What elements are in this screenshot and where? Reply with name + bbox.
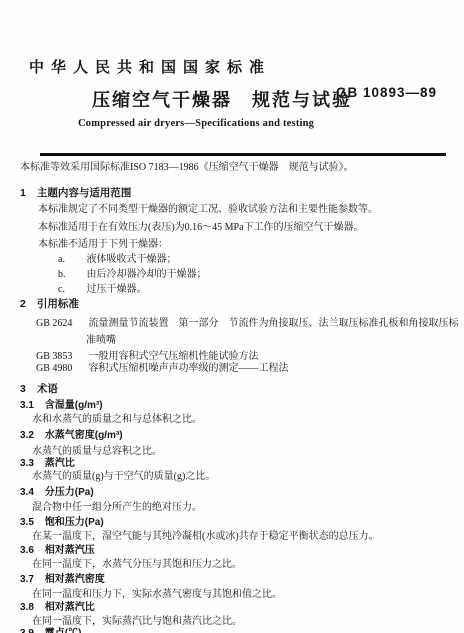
section-1-number: 1: [20, 187, 34, 199]
referenced-standard-continuation: 准喷嘴: [20, 335, 448, 347]
term-name: 相对蒸汽密度: [45, 574, 105, 585]
term-number: 3.9: [20, 628, 42, 633]
term-name: 露点(℃): [45, 628, 82, 633]
term-number: 3.6: [20, 545, 42, 557]
term-number: 3.4: [20, 487, 42, 499]
term-definition: 在某一温度下，湿空气能与其纯冷凝相(水或冰)共存于稳定平衡状态的总压力。: [20, 531, 448, 543]
list-item-text: 过压干燥器。: [87, 284, 147, 295]
standard-document-page: 中华人民共和国国家标准 压缩空气干燥器 规范与试验 GB 10893—89 Co…: [0, 0, 464, 633]
section-3-title: 术语: [37, 383, 58, 395]
referenced-standard-title: 流量测量节流装置 第一部分 节流件为角接取压、法兰取压标准孔板和角接取压标: [89, 318, 459, 329]
section-2-heading: 2 引用标准: [20, 298, 448, 310]
section-2-number: 2: [20, 298, 34, 310]
term-definition: 在同一温度和压力下，实际水蒸气密度与其饱和值之比。: [20, 589, 448, 601]
section-1-title: 主题内容与适用范围: [37, 187, 132, 199]
section-2-title: 引用标准: [37, 298, 79, 310]
term-name: 分压力(Pa): [45, 487, 94, 498]
term-heading: 3.5 饱和压力(Pa): [20, 517, 448, 529]
section-1-paragraph: 本标准适用于在有效压力(表压)为0.16～45 MPa下工作的压缩空气干燥器。: [20, 222, 448, 234]
intro-paragraph: 本标准等效采用国际标准ISO 7183—1986《压缩空气干燥器 规范与试验》。: [20, 162, 448, 174]
term-definition: 水蒸气的质量(g)与干空气的质量(g)之比。: [20, 471, 448, 483]
term-number: 3.7: [20, 574, 42, 586]
document-body: 本标准等效采用国际标准ISO 7183—1986《压缩空气干燥器 规范与试验》。…: [20, 156, 448, 633]
referenced-standard-code: GB 2624: [20, 318, 86, 330]
standard-number: GB 10893—89: [336, 85, 437, 100]
term-definition: 在同一温度下，实际蒸汽比与饱和蒸汽比之比。: [20, 616, 448, 628]
page-title: 压缩空气干燥器 规范与试验: [92, 86, 352, 112]
term-number: 3.8: [20, 602, 42, 614]
term-number: 3.5: [20, 517, 42, 529]
referenced-standard: GB 2624 流量测量节流装置 第一部分 节流件为角接取压、法兰取压标准孔板和…: [20, 318, 448, 330]
referenced-standard-code: GB 3853: [20, 351, 86, 363]
section-1-paragraph: 本标准不适用于下列干燥器：: [20, 239, 448, 251]
term-number: 3.1: [20, 400, 42, 412]
referenced-standard-title: 容积式压缩机噪声声功率级的测定——工程法: [89, 363, 289, 374]
term-definition: 水和水蒸气的质量之和与总体积之比。: [20, 414, 448, 426]
list-item-text: 液体吸收式干燥器；: [87, 254, 177, 265]
list-item: b. 由后冷却器冷却的干燥器；: [20, 269, 448, 281]
term-heading: 3.2 水蒸气密度(g/m³): [20, 430, 448, 442]
list-item: c. 过压干燥器。: [20, 284, 448, 296]
term-heading: 3.4 分压力(Pa): [20, 487, 448, 499]
term-name: 相对蒸汽比: [45, 602, 95, 613]
term-heading: 3.8 相对蒸汽比: [20, 602, 448, 614]
list-item-marker: b.: [58, 269, 84, 281]
section-1-paragraph: 本标准规定了不同类型干燥器的额定工况、验收试验方法和主要性能参数等。: [20, 204, 448, 216]
term-number: 3.3: [20, 458, 42, 470]
term-name: 相对蒸汽压: [45, 545, 95, 556]
term-heading: 3.3 蒸汽比: [20, 458, 448, 470]
list-item-text: 由后冷却器冷却的干燥器；: [87, 269, 207, 280]
term-heading: 3.9 露点(℃): [20, 628, 448, 633]
term-definition: 水蒸气的质量与总容积之比。: [20, 446, 448, 458]
section-3-number: 3: [20, 383, 34, 395]
term-name: 蒸汽比: [45, 458, 75, 469]
list-item-marker: a.: [58, 254, 84, 266]
term-heading: 3.1 含湿量(g/m³): [20, 400, 448, 412]
referenced-standard-code: GB 4980: [20, 363, 86, 375]
list-item: a. 液体吸收式干燥器；: [20, 254, 448, 266]
referenced-standard: GB 3853 一般用容积式空气压缩机性能试验方法: [20, 351, 448, 363]
section-3-heading: 3 术语: [20, 383, 448, 395]
national-standard-header: 中华人民共和国国家标准: [0, 56, 300, 77]
list-item-marker: c.: [58, 284, 84, 296]
term-definition: 混合物中任一组分所产生的绝对压力。: [20, 502, 448, 514]
term-name: 水蒸气密度(g/m³): [45, 430, 123, 441]
referenced-standard-title: 一般用容积式空气压缩机性能试验方法: [89, 351, 259, 362]
referenced-standard: GB 4980 容积式压缩机噪声声功率级的测定——工程法: [20, 363, 448, 375]
page-title-english: Compressed air dryers—Specifications and…: [78, 118, 314, 129]
term-definition: 在同一温度下，水蒸气分压与其饱和压力之比。: [20, 559, 448, 571]
term-name: 饱和压力(Pa): [45, 517, 104, 528]
term-heading: 3.6 相对蒸汽压: [20, 545, 448, 557]
term-heading: 3.7 相对蒸汽密度: [20, 574, 448, 586]
term-name: 含湿量(g/m³): [45, 400, 103, 411]
section-1-heading: 1 主题内容与适用范围: [20, 187, 448, 199]
term-number: 3.2: [20, 430, 42, 442]
